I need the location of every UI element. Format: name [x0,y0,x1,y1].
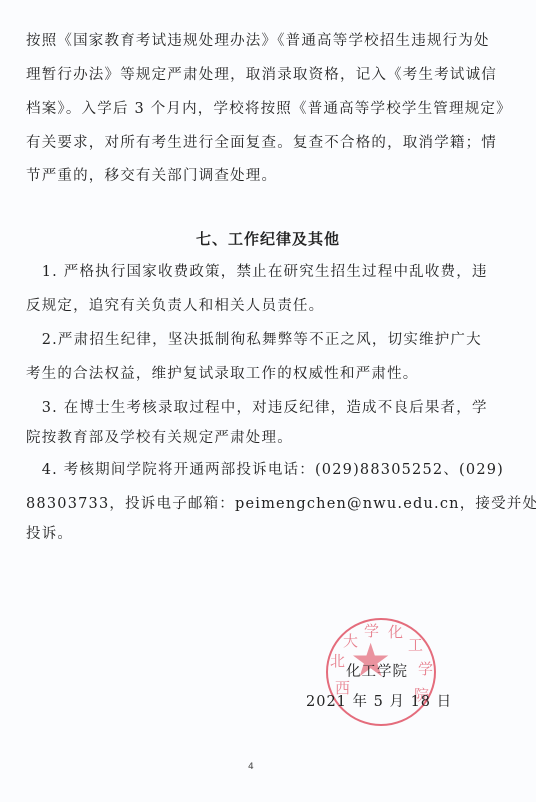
seal-char: 学 [364,620,379,641]
seal-char: 化 [388,621,403,642]
list-item-1-line: 1. 严格执行国家收费政策，禁止在研究生招生过程中乱收费，违 [26,262,488,282]
seal-char: 大 [343,630,358,651]
seal-char: 学 [418,658,433,679]
signature-date: 2021 年 5 月 18 日 [306,690,452,711]
body-text-line: 按照《国家教育考试违规处理办法》《普通高等学校招生违规行为处 [26,31,490,51]
page-number: 4 [248,762,254,772]
body-text-line: 理暂行办法》等规定严肃处理，取消录取资格，记入《考生考试诚信 [26,65,497,85]
seal-char: 工 [408,634,423,655]
list-item-1-line: 反规定，追究有关负责人和相关人员责任。 [26,296,324,316]
section-heading: 七、工作纪律及其他 [0,228,536,249]
list-item-4-line: 投诉。 [26,524,73,544]
list-item-2-line: 考生的合法权益，维护复试录取工作的权威性和严肃性。 [26,364,419,384]
body-text-line: 有关要求，对所有考生进行全面复查。复查不合格的，取消学籍；情 [26,133,497,153]
list-item-3-line: 院按教育部及学校有关规定严肃处理。 [26,428,293,448]
body-text-line: 档案》。入学后 3 个月内，学校将按照《普通高等学校学生管理规定》 [26,99,512,119]
seal-char: 北 [330,650,345,671]
list-item-4-line: 88303733，投诉电子邮箱：peimengchen@nwu.edu.cn，接… [26,494,536,514]
list-item-4-line: 4. 考核期间学院将开通两部投诉电话：(029)88305252、(029) [26,460,504,480]
list-item-2-line: 2.严肃招生纪律，坚决抵制徇私舞弊等不正之风，切实维护广大 [26,330,482,350]
body-text-line: 节严重的，移交有关部门调查处理。 [26,166,277,186]
list-item-3-line: 3. 在博士生考核录取过程中，对违反纪律，造成不良后果者，学 [26,398,488,418]
signature-org: 化工学院 [346,660,408,681]
